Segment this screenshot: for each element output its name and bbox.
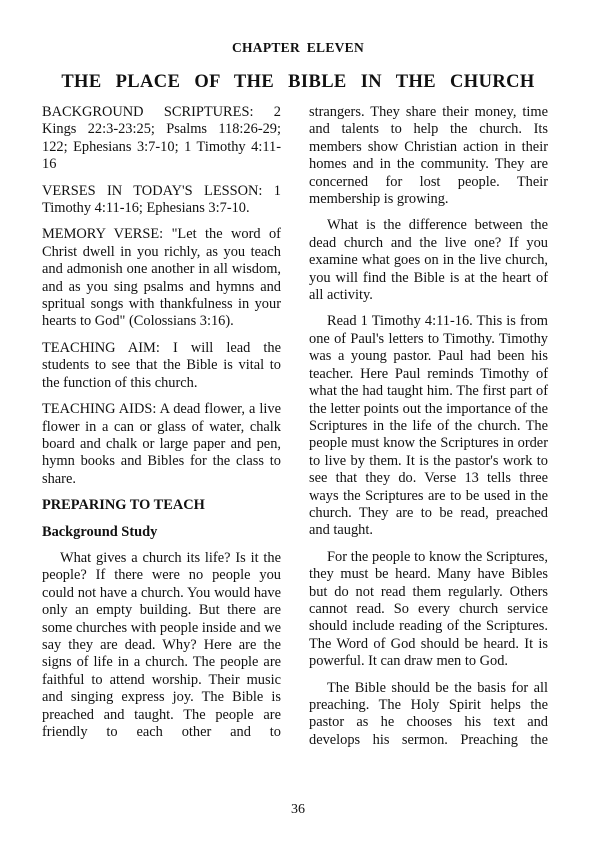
teaching-aids-label: TEACHING AIDS: — [42, 401, 156, 417]
verses-label: VERSES IN TODAY'S LESSON: — [42, 183, 262, 199]
body-paragraph: What is the difference between the dead … — [309, 217, 548, 304]
memory-verse: MEMORY VERSE: "Let the word of Christ dw… — [42, 226, 281, 330]
teaching-aids: TEACHING AIDS: A dead flower, a live flo… — [42, 401, 281, 488]
lesson-title: THE PLACE OF THE BIBLE IN THE CHURCH — [0, 72, 596, 93]
body-paragraph: The Bible should be the basis for all pr… — [309, 680, 548, 750]
right-column: strangers. They share their money, time … — [309, 104, 548, 749]
verses-in-todays-lesson: VERSES IN TODAY'S LESSON: 1 Timothy 4:11… — [42, 183, 281, 218]
chapter-heading: CHAPTER ELEVEN — [0, 40, 596, 56]
body-paragraph: Read 1 Timothy 4:11-16. This is from one… — [309, 313, 548, 539]
subsection-heading: Background Study — [42, 524, 281, 541]
background-scriptures-label: BACKGROUND SCRIPTURES: — [42, 104, 253, 120]
memory-verse-label: MEMORY VERSE: — [42, 226, 163, 242]
left-column: BACKGROUND SCRIPTURES: 2 Kings 22:3-23:2… — [42, 104, 281, 741]
teaching-aim-label: TEACHING AIM: — [42, 340, 160, 356]
section-heading: PREPARING TO TEACH — [42, 497, 281, 514]
background-scriptures: BACKGROUND SCRIPTURES: 2 Kings 22:3-23:2… — [42, 104, 281, 174]
teaching-aim: TEACHING AIM: I will lead the students t… — [42, 340, 281, 392]
page-number: 36 — [0, 802, 596, 818]
body-paragraph: What gives a church its life? Is it the … — [42, 550, 281, 741]
body-paragraph-continued: strangers. They share their money, time … — [309, 104, 548, 208]
body-paragraph: For the people to know the Scriptures, t… — [309, 549, 548, 671]
